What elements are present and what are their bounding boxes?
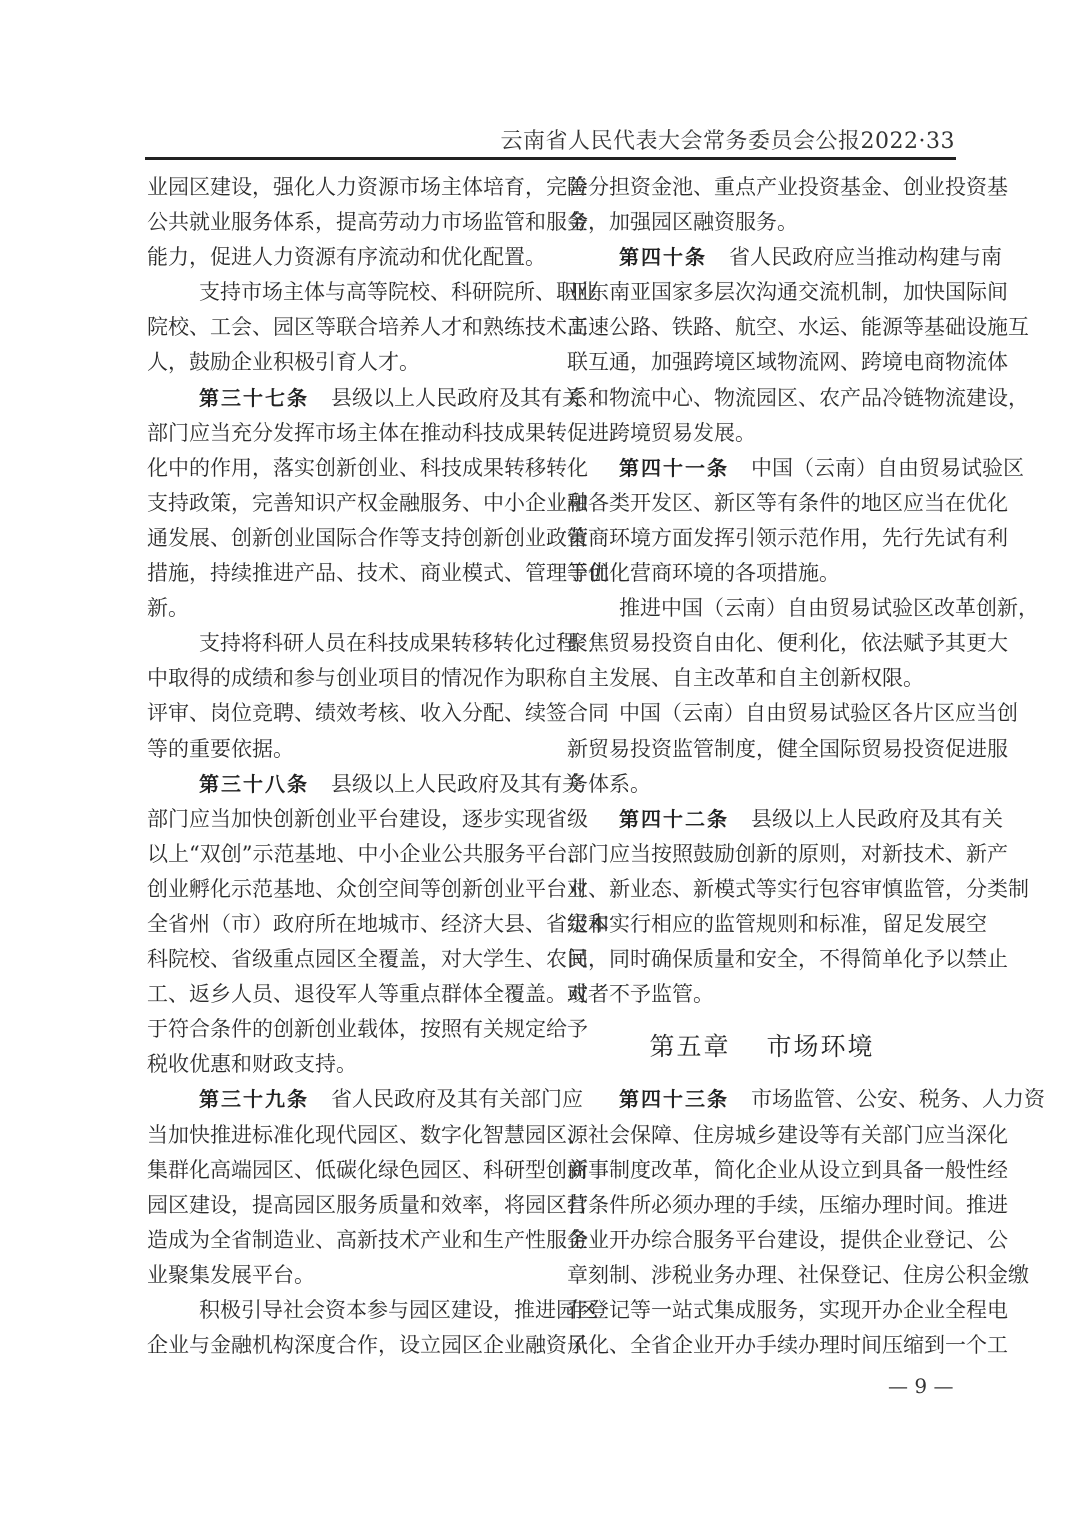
text-line: 业、新业态、新模式等实行包容审慎监管，分类制 [567,872,957,907]
text-line: 人，鼓励企业积极引育人才。 [147,345,537,380]
text-line: 联互通，加强跨境区域物流网、跨境电商物流体 [567,345,957,380]
article-text: 省人民政府应当推动构建与南 [729,245,1002,269]
text-line: 科院校、省级重点园区全覆盖，对大学生、农民 [147,942,537,977]
text-line: 源社会保障、住房城乡建设等有关部门应当深化 [567,1118,957,1153]
text-line: 定和实行相应的监管规则和标准，留足发展空 [567,907,957,942]
text-line: 全省州（市）政府所在地城市、经济大县、省级本 [147,907,537,942]
article-number: 第三十八条 [199,772,309,796]
text-line: 中国（云南）自由贸易试验区各片区应当创 [567,696,957,731]
text-line: 商事制度改革，简化企业从设立到具备一般性经 [567,1153,957,1188]
document-page: 云南省人民代表大会常务委员会公报2022·33 业园区建设，强化人力资源市场主体… [0,0,1080,1515]
text-line: 公共就业服务体系，提高劳动力市场监管和服务 [147,205,537,240]
text-line: 系和物流中心、物流园区、农产品冷链物流建设， [567,381,957,416]
text-line: 新。 [147,591,537,626]
article-text: 中国（云南）自由贸易试验区 [751,456,1024,480]
article-first-line: 第三十八条县级以上人民政府及其有关 [147,767,537,802]
article-text: 县级以上人民政府及其有关 [331,386,583,410]
text-line: 支持将科研人员在科技成果转移转化过程 [147,626,537,661]
text-line: 存登记等一站式集成服务，实现开办企业全程电 [567,1293,957,1328]
text-line: 亚东南亚国家多层次沟通交流机制，加快国际间 [567,275,957,310]
text-line: 造成为全省制造业、高新技术产业和生产性服务 [147,1223,537,1258]
article-number: 第四十三条 [619,1087,729,1111]
article-first-line: 第四十条省人民政府应当推动构建与南 [567,240,957,275]
article-number: 第四十条 [619,245,707,269]
text-line: 于符合条件的创新创业载体，按照有关规定给予 [147,1012,537,1047]
text-line: 间，同时确保质量和安全，不得简单化予以禁止 [567,942,957,977]
text-line: 和各类开发区、新区等有条件的地区应当在优化 [567,486,957,521]
text-line: 业聚集发展平台。 [147,1258,537,1293]
text-line: 务体系。 [567,767,957,802]
text-line: 部门应当充分发挥市场主体在推动科技成果转 [147,416,537,451]
text-line: 以上“双创”示范基地、中小企业公共服务平台、 [147,837,537,872]
article-text: 省人民政府及其有关部门应 [331,1087,583,1111]
text-line: 支持政策，完善知识产权金融服务、中小企业融 [147,486,537,521]
text-line: 企业与金融机构深度合作，设立园区企业融资风 [147,1328,537,1363]
article-first-line: 第三十七条县级以上人民政府及其有关 [147,381,537,416]
text-line: 部门应当按照鼓励创新的原则，对新技术、新产 [567,837,957,872]
article-first-line: 第四十三条市场监管、公安、税务、人力资 [567,1082,957,1117]
text-line: 新贸易投资监管制度，健全国际贸易投资促进服 [567,732,957,767]
text-line: 工、返乡人员、退役军人等重点群体全覆盖。对 [147,977,537,1012]
text-line: 集群化高端园区、低碳化绿色园区、科研型创新 [147,1153,537,1188]
text-line: 等的重要依据。 [147,732,537,767]
article-number: 第四十二条 [619,807,729,831]
chapter-heading: 第五章市场环境 [567,1012,957,1082]
left-column: 业园区建设，强化人力资源市场主体培育，完善 公共就业服务体系，提高劳动力市场监管… [147,170,537,1363]
article-first-line: 第四十二条县级以上人民政府及其有关 [567,802,957,837]
text-line: 部门应当加快创新创业平台建设，逐步实现省级 [147,802,537,837]
text-line: 子化、全省企业开办手续办理时间压缩到一个工 [567,1328,957,1363]
text-line: 自主发展、自主改革和自主创新权限。 [567,661,957,696]
chapter-title: 市场环境 [767,1032,875,1061]
text-line: 营条件所必须办理的手续，压缩办理时间。推进 [567,1188,957,1223]
text-line: 企业开办综合服务平台建设，提供企业登记、公 [567,1223,957,1258]
running-header-title: 云南省人民代表大会常务委员会公报2022·33 [501,124,955,155]
text-line: 金，加强园区融资服务。 [567,205,957,240]
text-line: 高速公路、铁路、航空、水运、能源等基础设施互 [567,310,957,345]
text-line: 章刻制、涉税业务办理、社保登记、住房公积金缴 [567,1258,957,1293]
text-line: 积极引导社会资本参与园区建设，推进园区 [147,1293,537,1328]
text-line: 当加快推进标准化现代园区、数字化智慧园区、 [147,1118,537,1153]
text-line: 院校、工会、园区等联合培养人才和熟练技术工 [147,310,537,345]
text-line: 措施，持续推进产品、技术、商业模式、管理等创 [147,556,537,591]
text-line: 业园区建设，强化人力资源市场主体培育，完善 [147,170,537,205]
text-line: 于优化营商环境的各项措施。 [567,556,957,591]
text-line: 推进中国（云南）自由贸易试验区改革创新， [567,591,957,626]
article-number: 第四十一条 [619,456,729,480]
text-line: 支持市场主体与高等院校、科研院所、职业 [147,275,537,310]
article-number: 第三十七条 [199,386,309,410]
article-text: 市场监管、公安、税务、人力资 [751,1087,1045,1111]
text-line: 化中的作用，落实创新创业、科技成果转移转化 [147,451,537,486]
header-rule [145,157,956,160]
article-first-line: 第四十一条中国（云南）自由贸易试验区 [567,451,957,486]
article-text: 县级以上人民政府及其有关 [331,772,583,796]
text-line: 中取得的成绩和参与创业项目的情况作为职称 [147,661,537,696]
text-line: 创业孵化示范基地、众创空间等创新创业平台对 [147,872,537,907]
article-number: 第三十九条 [199,1087,309,1111]
text-line: 税收优惠和财政支持。 [147,1047,537,1082]
text-line: 园区建设，提高园区服务质量和效率，将园区打 [147,1188,537,1223]
text-line: 促进跨境贸易发展。 [567,416,957,451]
text-line: 通发展、创新创业国际合作等支持创新创业政策 [147,521,537,556]
text-line: 或者不予监管。 [567,977,957,1012]
right-column: 险分担资金池、重点产业投资基金、创业投资基 金，加强园区融资服务。 第四十条省人… [567,170,957,1363]
chapter-number: 第五章 [649,1032,730,1061]
page-number: — 9 — [888,1374,953,1398]
text-line: 评审、岗位竞聘、绩效考核、收入分配、续签合同 [147,696,537,731]
text-line: 能力，促进人力资源有序流动和优化配置。 [147,240,537,275]
article-text: 县级以上人民政府及其有关 [751,807,1003,831]
text-line: 聚焦贸易投资自由化、便利化，依法赋予其更大 [567,626,957,661]
text-line: 营商环境方面发挥引领示范作用，先行先试有利 [567,521,957,556]
article-first-line: 第三十九条省人民政府及其有关部门应 [147,1082,537,1117]
text-line: 险分担资金池、重点产业投资基金、创业投资基 [567,170,957,205]
